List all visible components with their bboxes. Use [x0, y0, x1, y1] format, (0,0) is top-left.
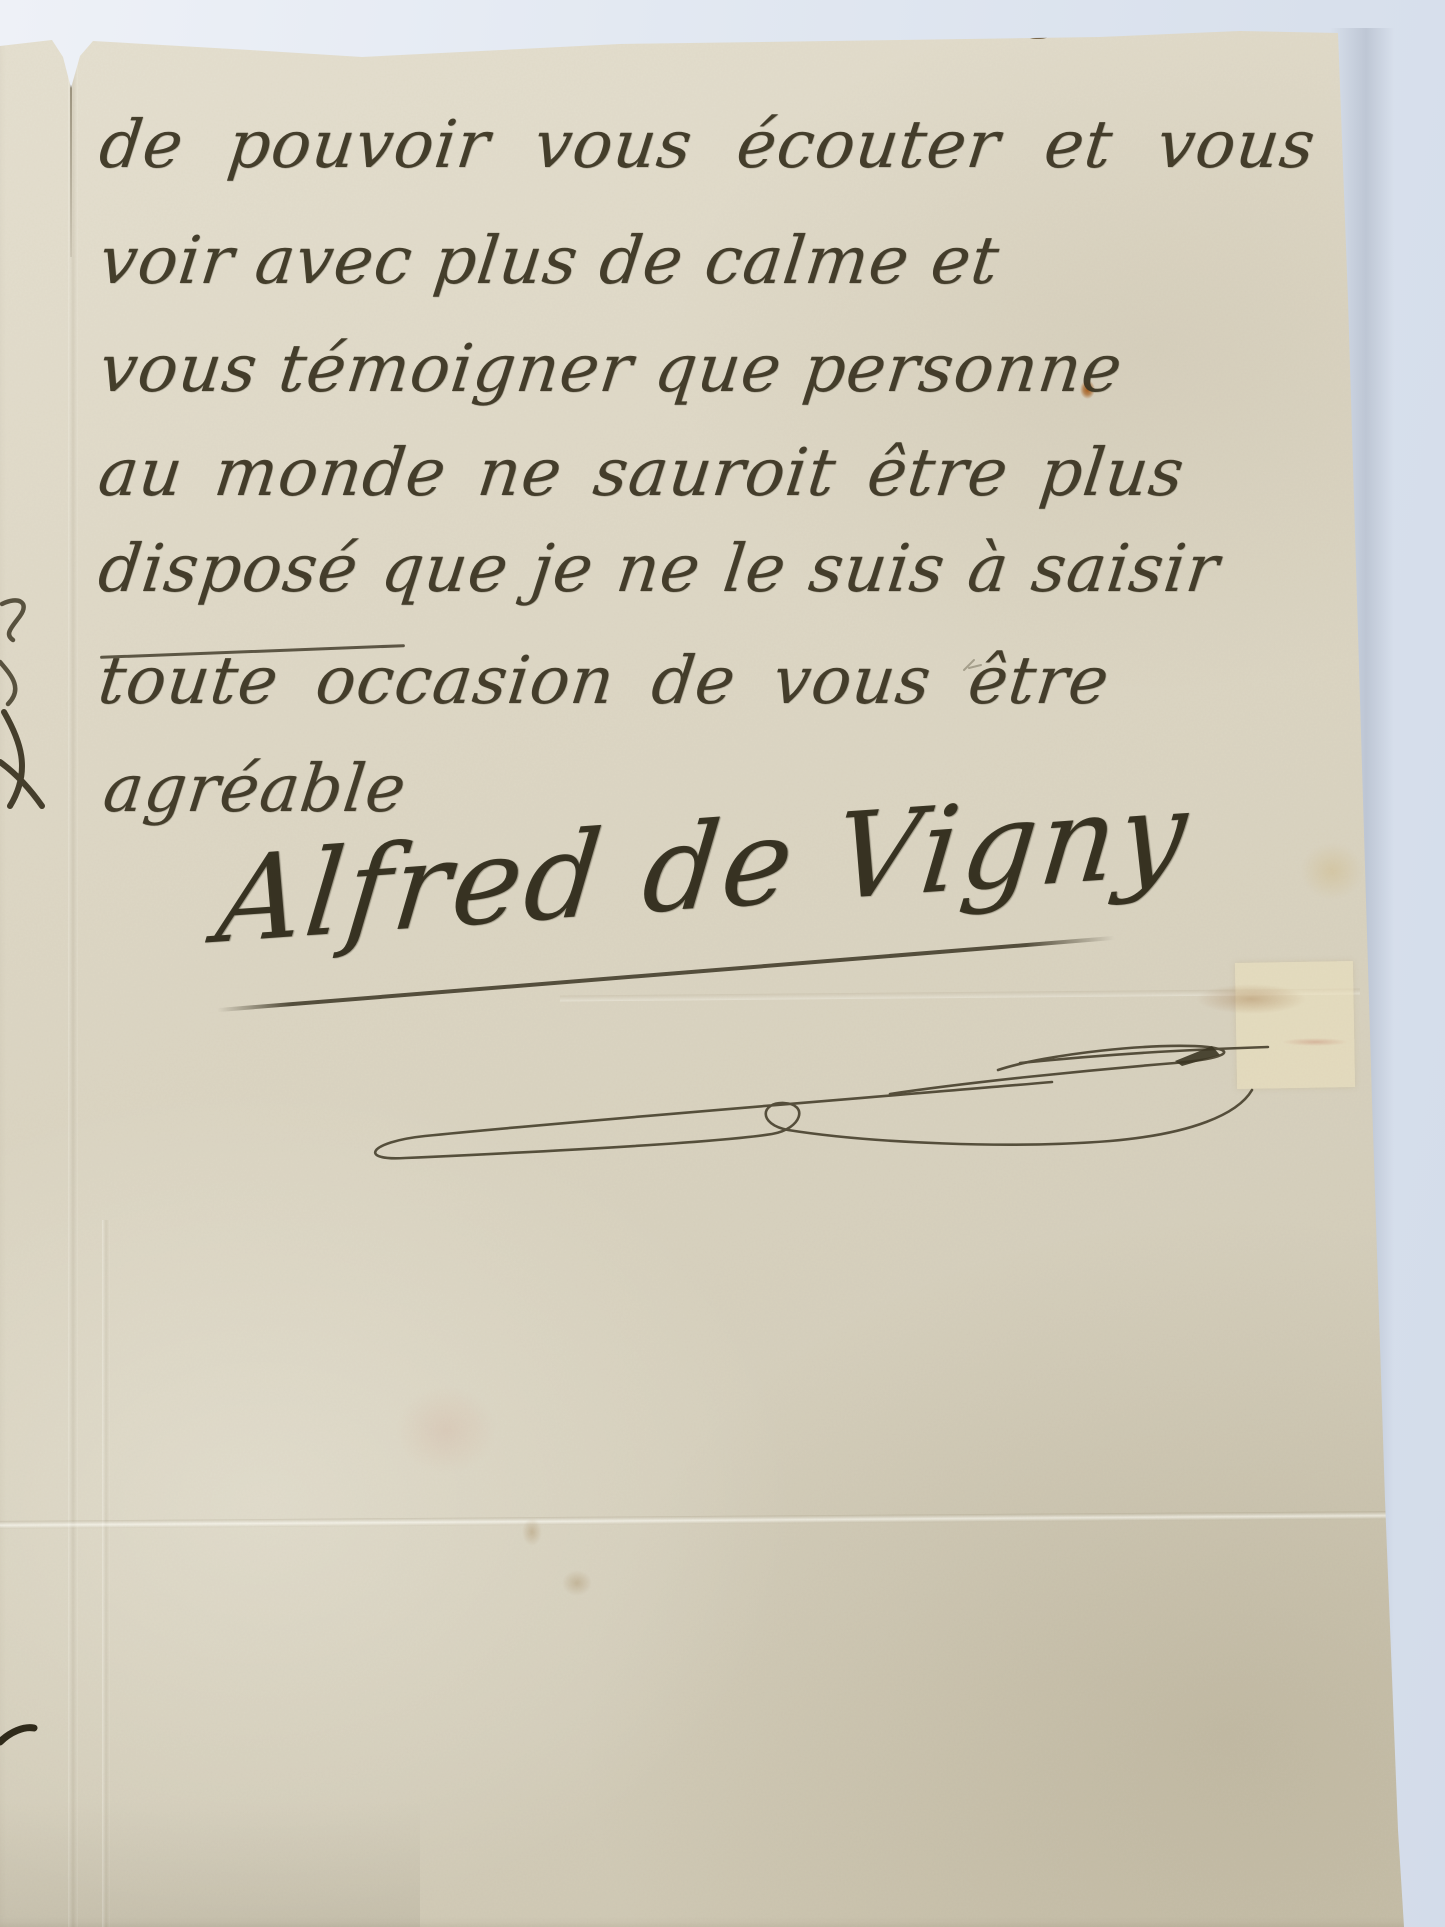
handwriting-line-2: voir avec plus de calme et — [96, 228, 999, 294]
handwriting-line-5: disposé que je ne le suis à saisir — [95, 536, 1223, 602]
bottom-left-shading — [0, 1800, 420, 1927]
faint-pink-smear — [396, 1386, 496, 1474]
pencil-mark — [962, 656, 984, 674]
letter-page: de pouvoir vous écouter et vous voir ave… — [0, 0, 1445, 1927]
handwriting-line-6: toute occasion de vous être — [95, 648, 1113, 714]
left-edge-ink-fragment — [0, 596, 34, 706]
faint-yellow-stain — [1300, 842, 1364, 900]
vertical-fold-crease — [68, 40, 78, 1927]
horizontal-fold-crease — [0, 1511, 1390, 1529]
paraph-flourish — [330, 1030, 1280, 1180]
handwriting-line-4: au monde ne sauroit être plus — [95, 440, 1188, 506]
foxing-spot — [562, 1570, 592, 1596]
handwriting-line-1: de pouvoir vous écouter et vous — [96, 112, 1319, 178]
photo-of-letter: { "scene": { "description": "Photograph … — [0, 0, 1445, 1927]
handwriting-line-7: agréable — [100, 756, 410, 822]
left-edge-ink-fragment — [0, 712, 44, 812]
left-edge-ink-fragment — [0, 1712, 36, 1756]
handwriting-line-3: vous témoigner que personne — [96, 336, 1049, 402]
lower-vertical-crease — [102, 1220, 110, 1927]
